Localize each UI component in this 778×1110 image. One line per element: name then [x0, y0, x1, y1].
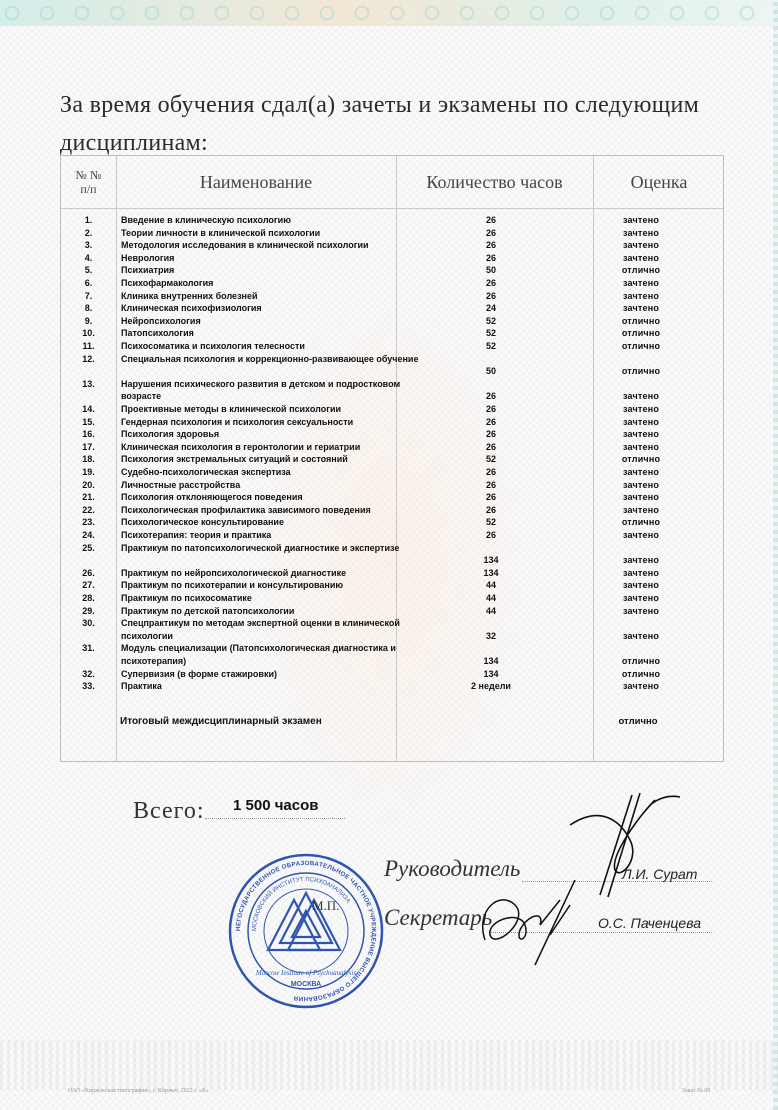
hours-value: 134	[421, 668, 561, 681]
discipline-name: Модуль специализации (Патопсихологическа…	[121, 642, 421, 667]
hours-value: 26	[421, 479, 561, 492]
discipline-name: Практикум по детской патопсихологии	[121, 605, 421, 618]
discipline-name: Психотерапия: теория и практика	[121, 529, 421, 542]
page-heading: За время обучения сдал(а) зачеты и экзам…	[60, 86, 730, 162]
hours-value: 32	[421, 630, 561, 643]
header-divider	[61, 208, 723, 209]
grade-value: отлично	[601, 668, 681, 681]
hours-value: 134	[421, 655, 561, 668]
row-number: 3.	[61, 239, 116, 252]
hours-value: 26	[421, 491, 561, 504]
grade-value: зачтено	[601, 479, 681, 492]
secretary-signature	[475, 880, 595, 970]
hours-value: 26	[421, 529, 561, 542]
final-exam-grade: отлично	[598, 716, 678, 727]
director-label: Руководитель	[384, 856, 520, 882]
discipline-name: Клиническая психология в геронтологии и …	[121, 441, 421, 454]
header-name: Наименование	[116, 156, 396, 208]
discipline-name: Гендерная психология и психология сексуа…	[121, 416, 421, 429]
hours-value: 26	[421, 403, 561, 416]
final-exam-name: Итоговый междисциплинарный экзамен	[120, 716, 322, 727]
row-number: 28.	[61, 592, 116, 605]
grade-value: зачтено	[601, 592, 681, 605]
discipline-name: Введение в клиническую психологию	[121, 214, 421, 227]
row-number: 15.	[61, 416, 116, 429]
grade-value: отлично	[601, 655, 681, 668]
grade-value: зачтено	[601, 227, 681, 240]
svg-text:Moscow Institute of Psychoanal: Moscow Institute of Psychoanalysis	[255, 969, 356, 977]
row-number: 1.	[61, 214, 116, 227]
row-number: 9.	[61, 315, 116, 328]
discipline-name: Психиатрия	[121, 264, 421, 277]
grade-value: зачтено	[601, 491, 681, 504]
discipline-name: Нейропсихология	[121, 315, 421, 328]
total-value: 1 500 часов	[233, 797, 318, 814]
hours-value: 26	[421, 214, 561, 227]
svg-text:МОСКВА: МОСКВА	[291, 981, 321, 988]
grade-value: отлично	[601, 315, 681, 328]
hours-value: 26	[421, 441, 561, 454]
hours-value: 52	[421, 315, 561, 328]
discipline-name: Нарушения психического развития в детско…	[121, 378, 421, 403]
grade-value: зачтено	[601, 605, 681, 618]
discipline-name: Психологическая профилактика зависимого …	[121, 504, 421, 517]
discipline-name: Спецпрактикум по методам экспертной оцен…	[121, 617, 421, 642]
discipline-name: Психология экстремальных ситуаций и сост…	[121, 453, 421, 466]
row-number: 11.	[61, 340, 116, 353]
discipline-name: Психологическое консультирование	[121, 516, 421, 529]
grade-value: отлично	[601, 264, 681, 277]
discipline-name: Неврология	[121, 252, 421, 265]
discipline-name: Специальная психология и коррекционно-ра…	[121, 353, 421, 366]
hours-value: 26	[421, 416, 561, 429]
grade-value: отлично	[601, 340, 681, 353]
hours-value: 44	[421, 605, 561, 618]
hours-value: 50	[421, 365, 561, 378]
hours-value: 26	[421, 252, 561, 265]
grade-value: зачтено	[601, 403, 681, 416]
row-number: 5.	[61, 264, 116, 277]
discipline-name: Психология здоровья	[121, 428, 421, 441]
printer-imprint: ОАО «Киржачская типография», г. Киржач, …	[68, 1088, 208, 1094]
row-number: 6.	[61, 277, 116, 290]
decorative-edge	[773, 0, 778, 1110]
director-signature	[560, 785, 700, 905]
row-number: 19.	[61, 466, 116, 479]
row-number: 18.	[61, 453, 116, 466]
discipline-name: Проективные методы в клинической психоло…	[121, 403, 421, 416]
hours-value: 26	[421, 227, 561, 240]
row-number: 13.	[61, 378, 116, 391]
row-number: 12.	[61, 353, 116, 366]
discipline-name: Судебно-психологическая экспертиза	[121, 466, 421, 479]
grade-value: зачтено	[601, 290, 681, 303]
hours-value: 26	[421, 428, 561, 441]
hours-value: 52	[421, 327, 561, 340]
discipline-name: Клиническая психофизиология	[121, 302, 421, 315]
discipline-name: Практика	[121, 680, 421, 693]
grade-value: отлично	[601, 365, 681, 378]
grade-value: зачтено	[601, 554, 681, 567]
header-number-line2: п/п	[80, 182, 96, 196]
row-number: 10.	[61, 327, 116, 340]
director-name: Л.И. Сурат	[622, 866, 697, 882]
grade-value: зачтено	[601, 277, 681, 290]
row-number: 14.	[61, 403, 116, 416]
row-number: 17.	[61, 441, 116, 454]
grade-value: зачтено	[601, 428, 681, 441]
header-grade: Оценка	[593, 156, 725, 208]
row-number: 20.	[61, 479, 116, 492]
row-number: 7.	[61, 290, 116, 303]
decorative-border	[0, 0, 778, 26]
grade-value: отлично	[601, 453, 681, 466]
row-number: 32.	[61, 668, 116, 681]
grade-value: зачтено	[601, 567, 681, 580]
hours-value: 50	[421, 264, 561, 277]
grade-value: зачтено	[601, 504, 681, 517]
grade-value: зачтено	[601, 252, 681, 265]
discipline-name: Теории личности в клинической психологии	[121, 227, 421, 240]
row-number: 22.	[61, 504, 116, 517]
grade-value: зачтено	[601, 680, 681, 693]
grade-value: зачтено	[601, 529, 681, 542]
row-number: 24.	[61, 529, 116, 542]
row-number: 26.	[61, 567, 116, 580]
hours-value: 134	[421, 554, 561, 567]
grade-value: зачтено	[601, 441, 681, 454]
grade-value: зачтено	[601, 390, 681, 403]
order-number: Заказ № 68	[682, 1088, 710, 1094]
row-number: 8.	[61, 302, 116, 315]
grade-value: зачтено	[601, 630, 681, 643]
header-number: № № п/п	[61, 156, 116, 208]
row-number: 33.	[61, 680, 116, 693]
hours-value: 52	[421, 516, 561, 529]
row-number: 29.	[61, 605, 116, 618]
row-number: 31.	[61, 642, 116, 655]
column-divider	[116, 156, 117, 761]
hours-value: 26	[421, 390, 561, 403]
stamp-placeholder-label: М.П.	[312, 898, 339, 914]
row-number: 25.	[61, 542, 116, 555]
row-number: 21.	[61, 491, 116, 504]
discipline-name: Практикум по нейропсихологической диагно…	[121, 567, 421, 580]
secretary-name: О.С. Паченцева	[598, 915, 701, 931]
secretary-line	[490, 932, 712, 933]
discipline-name: Практикум по патопсихологической диагнос…	[121, 542, 421, 555]
discipline-name: Практикум по психотерапии и консультиров…	[121, 579, 421, 592]
hours-value: 44	[421, 592, 561, 605]
row-number: 2.	[61, 227, 116, 240]
guilloche-pattern	[0, 1040, 778, 1090]
total-label: Всего:	[133, 798, 205, 825]
discipline-name: Психофармакология	[121, 277, 421, 290]
hours-value: 2 недели	[421, 680, 561, 693]
grade-value: отлично	[601, 327, 681, 340]
discipline-name: Методология исследования в клинической п…	[121, 239, 421, 252]
hours-value: 24	[421, 302, 561, 315]
column-divider	[593, 156, 594, 761]
hours-value: 52	[421, 340, 561, 353]
hours-value: 26	[421, 239, 561, 252]
grade-value: зачтено	[601, 466, 681, 479]
header-number-line1: № №	[76, 168, 102, 182]
grade-value: зачтено	[601, 302, 681, 315]
row-number: 30.	[61, 617, 116, 630]
hours-value: 26	[421, 290, 561, 303]
row-number: 27.	[61, 579, 116, 592]
discipline-name: Психология отклоняющегося поведения	[121, 491, 421, 504]
row-number: 4.	[61, 252, 116, 265]
header-hours: Количество часов	[396, 156, 593, 208]
total-underline	[205, 818, 345, 819]
discipline-name: Практикум по психосоматике	[121, 592, 421, 605]
hours-value: 26	[421, 466, 561, 479]
secretary-label: Секретарь	[384, 905, 492, 931]
hours-value: 52	[421, 453, 561, 466]
grade-value: зачтено	[601, 239, 681, 252]
discipline-name: Личностные расстройства	[121, 479, 421, 492]
grade-value: зачтено	[601, 579, 681, 592]
row-number: 23.	[61, 516, 116, 529]
grade-value: зачтено	[601, 416, 681, 429]
discipline-name: Психосоматика и психология телесности	[121, 340, 421, 353]
discipline-name: Патопсихология	[121, 327, 421, 340]
disciplines-table: № № п/п Наименование Количество часов Оц…	[60, 155, 724, 762]
grade-value: отлично	[601, 516, 681, 529]
grade-value: зачтено	[601, 214, 681, 227]
hours-value: 26	[421, 504, 561, 517]
institution-stamp: НЕГОСУДАРСТВЕННОЕ ОБРАЗОВАТЕЛЬНОЕ ЧАСТНО…	[228, 853, 384, 1009]
hours-value: 44	[421, 579, 561, 592]
row-number: 16.	[61, 428, 116, 441]
discipline-name: Клиника внутренних болезней	[121, 290, 421, 303]
discipline-name: Супервизия (в форме стажировки)	[121, 668, 421, 681]
hours-value: 26	[421, 277, 561, 290]
hours-value: 134	[421, 567, 561, 580]
